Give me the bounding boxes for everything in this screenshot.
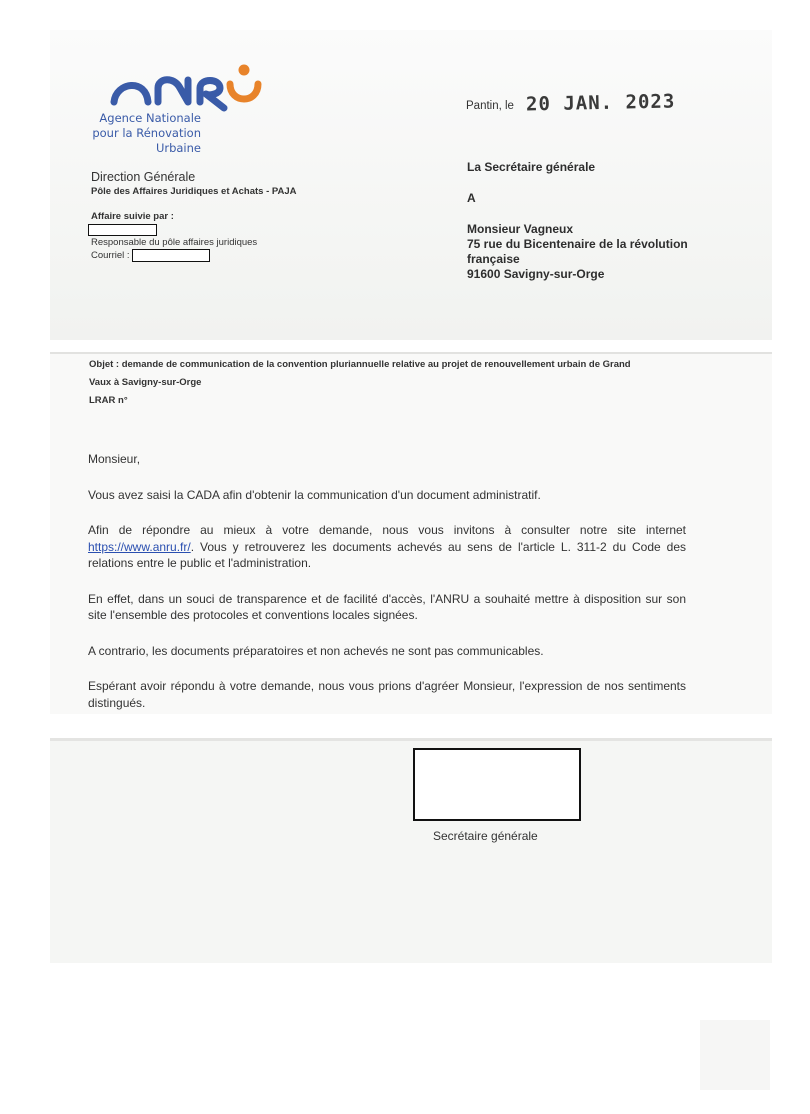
department-name: Pôle des Affaires Juridiques et Achats -… [91, 186, 297, 197]
dateline: Pantin, le 20 JAN. 2023 [466, 92, 675, 114]
address-line: française [467, 252, 688, 267]
address-line: 75 rue du Bicentenaire de la révolution [467, 237, 688, 252]
paragraph: A contrario, les documents préparatoires… [88, 643, 686, 660]
paragraph: Vous avez saisi la CADA afin d'obtenir l… [88, 487, 686, 504]
salutation: Monsieur, [88, 451, 686, 468]
subject-line: Vaux à Savigny-sur-Orge [89, 374, 709, 392]
scan-smudge [700, 1020, 770, 1090]
agency-name: Agence Nationale pour la Rénovation Urba… [86, 111, 201, 156]
redacted-name-box [88, 224, 157, 236]
redacted-signature-box [413, 748, 581, 821]
agency-name-line: Agence Nationale [86, 111, 201, 126]
paragraph: En effet, dans un souci de transparence … [88, 591, 686, 624]
anru-logo-icon [108, 58, 268, 114]
place-label: Pantin, le [466, 100, 514, 112]
address-line: 91600 Savigny-sur-Orge [467, 267, 688, 282]
contact-role: Responsable du pôle affaires juridiques [91, 237, 257, 248]
date-stamp: 20 JAN. 2023 [526, 90, 676, 115]
subject-line: LRAR n° [89, 392, 709, 410]
subject-line: Objet : demande de communication de la c… [89, 356, 709, 374]
letter-body: Monsieur, Vous avez saisi la CADA afin d… [88, 451, 686, 711]
agency-name-line: pour la Rénovation [86, 126, 201, 141]
paragraph-text: Afin de répondre au mieux à votre demand… [88, 523, 686, 537]
email-label: Courriel : [91, 250, 130, 261]
subject-block: Objet : demande de communication de la c… [89, 356, 709, 410]
address-line: Monsieur Vagneux [467, 222, 688, 237]
direction-title: Direction Générale [91, 170, 195, 184]
letter-page: Agence Nationale pour la Rénovation Urba… [0, 0, 810, 1114]
signature-title: Secrétaire générale [433, 829, 538, 843]
followed-by-label: Affaire suivie par : [91, 211, 174, 222]
anru-website-link[interactable]: https://www.anru.fr/ [88, 540, 191, 554]
paragraph: Espérant avoir répondu à votre demande, … [88, 678, 686, 711]
email-row: Courriel : [91, 249, 210, 262]
sender-title: La Secrétaire générale [467, 160, 595, 174]
paragraph: Afin de répondre au mieux à votre demand… [88, 522, 686, 572]
agency-name-line: Urbaine [86, 141, 201, 156]
recipient-address: Monsieur Vagneux 75 rue du Bicentenaire … [467, 222, 688, 282]
redacted-email-box [132, 249, 210, 262]
to-label: A [467, 191, 476, 205]
paper-fold-bottom [50, 738, 772, 963]
